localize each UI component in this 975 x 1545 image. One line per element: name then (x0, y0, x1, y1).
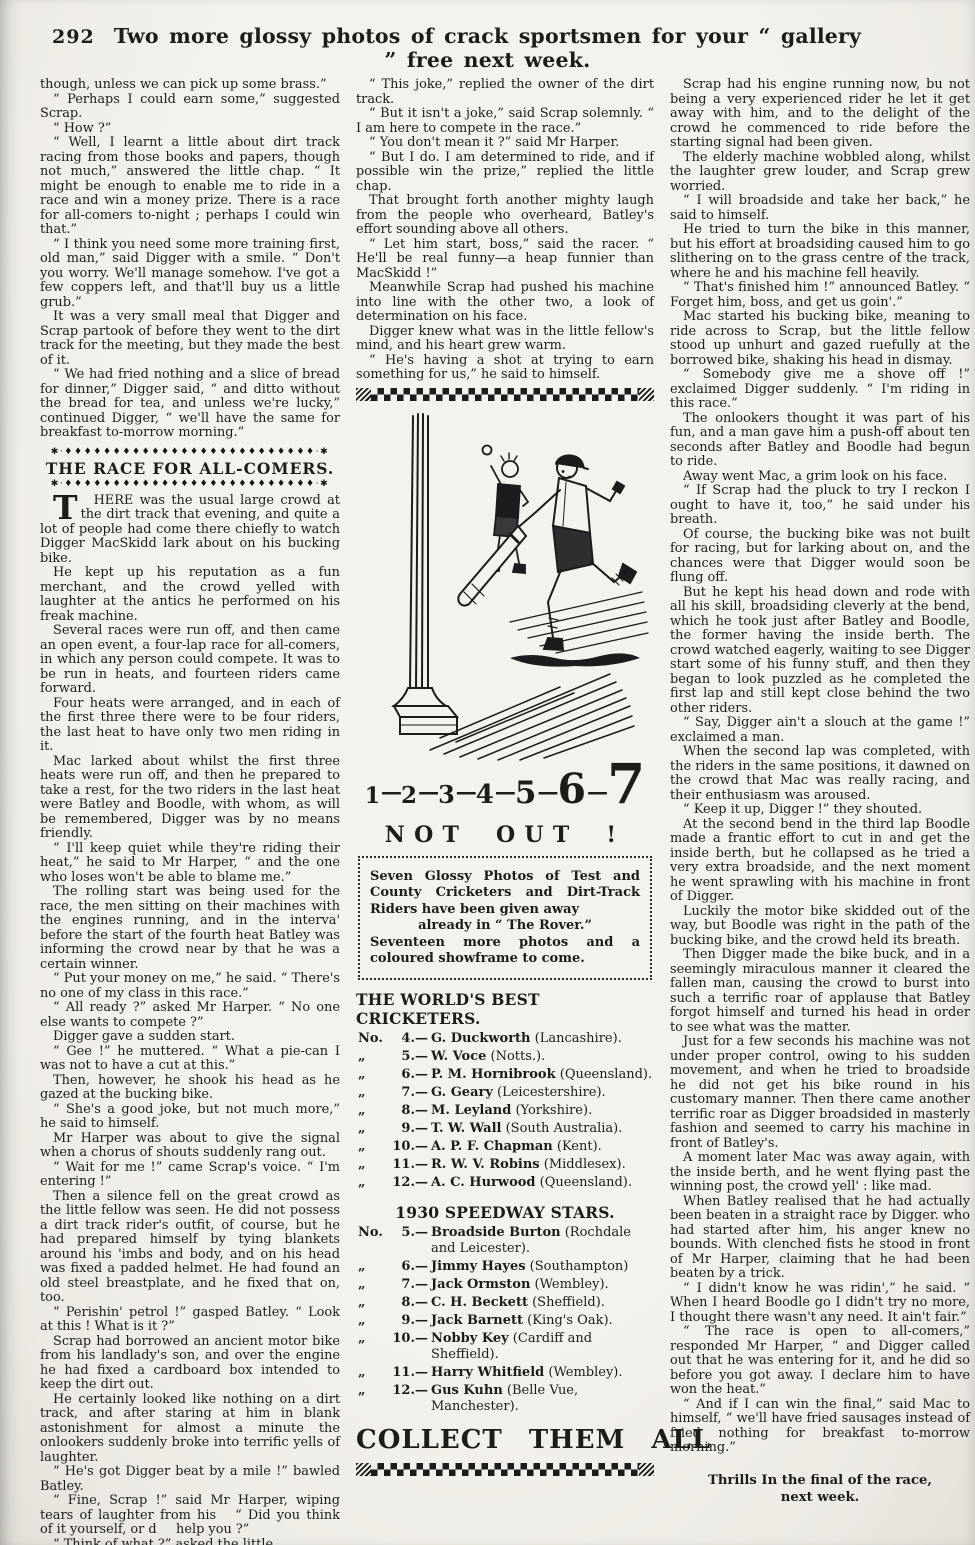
speedway-row: „ 9.— Jack Barnett (King's Oak). (356, 1313, 654, 1329)
photo-number: 5.— (386, 1225, 428, 1257)
paragraph: When the second lap was completed, with … (670, 745, 970, 803)
score-number: 4 (476, 780, 515, 810)
player-team: (Kent). (557, 1139, 602, 1154)
ditto-mark: No. (356, 1031, 383, 1047)
ditto-mark: „ (356, 1139, 383, 1155)
paragraph: “ But I do. I am determined to ride, and… (356, 151, 654, 195)
rider-name: Gus Kuhn (431, 1383, 503, 1398)
story-text-block: “ This joke,” replied the owner of the d… (356, 78, 654, 383)
paragraph: “ But it isn't a joke,” said Scrap solem… (356, 107, 654, 136)
rider-name: Jimmy Hayes (431, 1259, 526, 1274)
paragraph: The onlookers thought it was part of his… (670, 412, 970, 470)
player: R. W. V. Robins (Middlesex). (431, 1157, 654, 1173)
ditto-mark: „ (356, 1313, 383, 1329)
paragraph: He tried to turn the bike in this manner… (670, 223, 970, 281)
photo-number: 8.— (386, 1295, 428, 1311)
paragraph: Mr Harper was about to give the signal w… (40, 1132, 340, 1161)
player-name: G. Geary (431, 1085, 493, 1100)
photo-number: 4.— (386, 1031, 428, 1047)
rider-name: Broadside Burton (431, 1225, 561, 1240)
lamppost (394, 414, 457, 734)
paragraph: The rolling start was being used for the… (40, 885, 340, 972)
paragraph: “ Keep it up, Digger !” they shouted. (670, 803, 970, 818)
columns: though, unless we can pick up some brass… (0, 74, 975, 1538)
photo-number: 6.— (386, 1259, 428, 1275)
rider: Nobby Key (Cardiff and Sheffield). (431, 1331, 654, 1363)
photo-number: 10.— (386, 1139, 428, 1155)
player-team: (Notts.). (491, 1049, 546, 1064)
speedway-list-title: 1930 SPEEDWAY STARS. (356, 1203, 654, 1222)
rider-track: (King's Oak). (527, 1313, 613, 1328)
speed-lines-lower (430, 674, 634, 760)
magazine-page: 292 Two more glossy photos of crack spor… (0, 0, 975, 1545)
column-left: though, unless we can pick up some brass… (40, 78, 340, 1538)
paragraph: “ Fine, Scrap !” said Mr Harper, wiping … (40, 1494, 340, 1538)
rider-name: Harry Whitfield (431, 1365, 544, 1380)
photo-number: 5.— (386, 1049, 428, 1065)
photo-number: 11.— (386, 1157, 428, 1173)
paragraph: But he kept his head down and rode with … (670, 586, 970, 717)
star-border-bottom: ✱·♦♦♦♦♦♦♦♦♦♦♦♦♦♦♦♦♦♦♦♦♦♦♦♦♦♦·✱ (40, 479, 340, 490)
player: W. Voce (Notts.). (431, 1049, 654, 1065)
paragraph: Four heats were arranged, and in each of… (40, 697, 340, 755)
rider-name: Jack Barnett (431, 1313, 523, 1328)
paragraph: “ Say, Digger ain't a slouch at the game… (670, 716, 970, 745)
paragraph-text: HERE was the usual large crowd at the di… (40, 493, 340, 566)
rider: Broadside Burton (Rochdale and Leicester… (431, 1225, 654, 1257)
player-team: (Yorkshire). (515, 1103, 592, 1118)
player-name: A. C. Hurwood (431, 1175, 536, 1190)
paragraph: Just for a few seconds his machine was n… (670, 1035, 970, 1151)
ditto-mark: „ (356, 1157, 383, 1173)
paragraph: “ All ready ?” asked Mr Harper. “ No one… (40, 1001, 340, 1030)
photo-number: 12.— (386, 1175, 428, 1191)
player: G. Duckworth (Lancashire). (431, 1031, 654, 1047)
speedway-row: „ 12.— Gus Kuhn (Belle Vue, Manchester). (356, 1383, 654, 1415)
cricketer-row: „ 11.— R. W. V. Robins (Middlesex). (356, 1157, 654, 1173)
photo-number: 9.— (386, 1313, 428, 1329)
not-out-caption: NOT OUT ! (356, 822, 654, 848)
rider-name: Nobby Key (431, 1331, 509, 1346)
ditto-mark: „ (356, 1259, 383, 1275)
paragraph: He certainly looked like nothing on a di… (40, 1393, 340, 1466)
checker-end-cap (639, 388, 654, 401)
player: G. Geary (Leicestershire). (431, 1085, 654, 1101)
cricketer-row: No. 4.— G. Duckworth (Lancashire). (356, 1031, 654, 1047)
paragraph: Scrap had his engine running now, bu not… (670, 78, 970, 151)
paragraph: “ Well, I learnt a little about dirt tra… (40, 136, 340, 238)
speedway-row: „ 6.— Jimmy Hayes (Southampton) (356, 1259, 654, 1275)
section-title: THE RACE FOR ALL-COMERS. (40, 459, 340, 478)
drop-cap: T (40, 494, 81, 521)
player-name: P. M. Hornibrook (431, 1067, 556, 1082)
drop-cap-paragraph: THERE was the usual large crowd at the d… (40, 494, 340, 567)
checker-end-cap (639, 1463, 654, 1476)
promo-box: Seven Glossy Photos of Test and County C… (358, 856, 652, 980)
checker-end-cap (356, 388, 371, 401)
rider-name: C. H. Beckett (431, 1295, 528, 1310)
player-team: (Middlesex). (544, 1157, 626, 1172)
photo-number: 8.— (386, 1103, 428, 1119)
story-text-block: Scrap had his engine running now, bu not… (670, 78, 970, 1456)
headline: Two more glossy photos of crack sportsme… (0, 24, 975, 72)
player-team: (Queensland). (540, 1175, 632, 1190)
cricketer-row: „ 6.— P. M. Hornibrook (Queensland). (356, 1067, 654, 1083)
player: A. P. F. Chapman (Kent). (431, 1139, 654, 1155)
column-middle: “ This joke,” replied the owner of the d… (356, 78, 654, 1538)
ditto-mark: No. (356, 1225, 383, 1257)
score-number: 2 (401, 782, 438, 809)
page-header: 292 Two more glossy photos of crack spor… (0, 0, 975, 74)
ditto-mark: „ (356, 1067, 383, 1083)
checker-border (356, 388, 654, 401)
photo-number: 11.— (386, 1365, 428, 1381)
paragraph: Meanwhile Scrap had pushed his machine i… (356, 281, 654, 325)
next-week-note: Thrills In the final of the race, next w… (670, 1472, 970, 1506)
score-number: 7 (607, 764, 645, 816)
player-team: (Lancashire). (535, 1031, 622, 1046)
checker-strip (371, 388, 639, 401)
ditto-mark: „ (356, 1085, 383, 1101)
paragraph: Away went Mac, a grim look on his face. (670, 470, 970, 485)
score-number: 1 (365, 783, 401, 809)
rider-track: (Wembley). (548, 1365, 622, 1380)
paragraph: Then a silence fell on the great crowd a… (40, 1190, 340, 1306)
shadow (510, 653, 640, 666)
promo-text: Seven Glossy Photos of Test and County C… (370, 869, 640, 919)
cricketer-row: „ 7.— G. Geary (Leicestershire). (356, 1085, 654, 1101)
paragraph: “ This joke,” replied the owner of the d… (356, 78, 654, 107)
paragraph: “ Somebody give me a shove off !” exclai… (670, 368, 970, 412)
photo-number: 9.— (386, 1121, 428, 1137)
paragraph: A moment later Mac was away again, with … (670, 1151, 970, 1195)
paragraph: At the second bend in the third lap Bood… (670, 818, 970, 905)
photo-number: 7.— (386, 1277, 428, 1293)
player: T. W. Wall (South Australia). (431, 1121, 654, 1137)
paragraph: “ That's finished him !” announced Batle… (670, 281, 970, 310)
score-count: 1234567 (356, 764, 654, 816)
cricketer-row: „ 5.— W. Voce (Notts.). (356, 1049, 654, 1065)
paragraph: That brought forth another mighty laugh … (356, 194, 654, 238)
rider: C. H. Beckett (Sheffield). (431, 1295, 654, 1311)
speedway-list: No. 5.— Broadside Burton (Rochdale and L… (356, 1225, 654, 1415)
paragraph: “ He's got Digger beat by a mile !” bawl… (40, 1465, 340, 1494)
paragraph: “ Put your money on me,” he said. “ Ther… (40, 972, 340, 1001)
player-team: (South Australia). (506, 1121, 623, 1136)
cricketers-list-title: THE WORLD'S BEST CRICKETERS. (356, 990, 654, 1028)
player: A. C. Hurwood (Queensland). (431, 1175, 654, 1191)
speedway-row: „ 8.— C. H. Beckett (Sheffield). (356, 1295, 654, 1311)
rider: Jack Ormston (Wembley). (431, 1277, 654, 1293)
paragraph: Luckily the motor bike skidded out of th… (670, 905, 970, 949)
page-number: 292 (52, 26, 95, 48)
speedway-row: „ 7.— Jack Ormston (Wembley). (356, 1277, 654, 1293)
photo-number: 7.— (386, 1085, 428, 1101)
ditto-mark: „ (356, 1331, 383, 1363)
speedway-row: „ 11.— Harry Whitfield (Wembley). (356, 1365, 654, 1381)
paragraph: “ Let him start, boss,” said the racer. … (356, 238, 654, 282)
ditto-mark: „ (356, 1383, 383, 1415)
rider: Harry Whitfield (Wembley). (431, 1365, 654, 1381)
paragraph: He kept up his reputation as a fun merch… (40, 566, 340, 624)
paragraph: “ We had fried nothing and a slice of br… (40, 368, 340, 441)
running-batsman (458, 455, 636, 650)
paragraph: “ Wait for me !” came Scrap's voice. “ I… (40, 1161, 340, 1190)
paragraph: Then, however, he shook his head as he g… (40, 1074, 340, 1103)
speedway-row: No. 5.— Broadside Burton (Rochdale and L… (356, 1225, 654, 1257)
paragraph: “ Perishin' petrol !” gasped Batley. “ L… (40, 1306, 340, 1335)
paragraph: “ I will broadside and take her back,” h… (670, 194, 970, 223)
player-name: R. W. V. Robins (431, 1157, 540, 1172)
rider: Gus Kuhn (Belle Vue, Manchester). (431, 1383, 654, 1415)
rider-track: (Sheffield). (532, 1295, 605, 1310)
rider: Jimmy Hayes (Southampton) (431, 1259, 654, 1275)
promo-text: Seventeen more photos and a coloured sho… (370, 935, 640, 968)
rider: Jack Barnett (King's Oak). (431, 1313, 654, 1329)
paragraph: “ Perhaps I could earn some,” suggested … (40, 93, 340, 122)
rider-track: (Southampton) (530, 1259, 629, 1274)
paragraph: “ If Scrap had the pluck to try I reckon… (670, 484, 970, 528)
player: M. Leyland (Yorkshire). (431, 1103, 654, 1119)
player-name: T. W. Wall (431, 1121, 501, 1136)
cricketer-row: „ 12.— A. C. Hurwood (Queensland). (356, 1175, 654, 1191)
player: P. M. Hornibrook (Queensland). (431, 1067, 654, 1083)
score-number: 3 (438, 780, 476, 809)
paragraph: “ You don't mean it ?” said Mr Harper. (356, 136, 654, 151)
paragraph: It was a very small meal that Digger and… (40, 310, 340, 368)
checker-strip (371, 1463, 639, 1476)
player-name: A. P. F. Chapman (431, 1139, 553, 1154)
paragraph: “ Think of what ?” asked the little (40, 1538, 340, 1545)
paragraph: “ The race is open to all-comers,” respo… (670, 1325, 970, 1398)
ditto-mark: „ (356, 1365, 383, 1381)
player-team: (Leicestershire). (497, 1085, 606, 1100)
ditto-mark: „ (356, 1103, 383, 1119)
player-name: G. Duckworth (431, 1031, 531, 1046)
ditto-mark: „ (356, 1049, 383, 1065)
paragraph: The elderly machine wobbled along, whils… (670, 151, 970, 195)
paragraph: “ I think you need some more training fi… (40, 238, 340, 311)
paragraph: “ I'll keep quiet while they're riding t… (40, 842, 340, 886)
paragraph: “ And if I can win the final,” said Mac … (670, 1398, 970, 1456)
paragraph: Mac larked about whilst the first three … (40, 755, 340, 842)
star-border-top: ✱·♦♦♦♦♦♦♦♦♦♦♦♦♦♦♦♦♦♦♦♦♦♦♦♦♦♦·✱ (40, 447, 340, 458)
cricketer-row: „ 10.— A. P. F. Chapman (Kent). (356, 1139, 654, 1155)
ditto-mark: „ (356, 1295, 383, 1311)
cricketer-row: „ 8.— M. Leyland (Yorkshire). (356, 1103, 654, 1119)
cricketers-list: No. 4.— G. Duckworth (Lancashire). „ 5.—… (356, 1031, 654, 1191)
promo-text: already in “ The Rover.” (370, 918, 640, 935)
cricketer-row: „ 9.— T. W. Wall (South Australia). (356, 1121, 654, 1137)
photo-number: 10.— (386, 1331, 428, 1363)
rider-track: (Wembley). (535, 1277, 609, 1292)
paragraph: “ She's a good joke, but not much more,”… (40, 1103, 340, 1132)
ditto-mark: „ (356, 1277, 383, 1293)
ditto-mark: „ (356, 1175, 383, 1191)
paragraph: “ Gee !” he muttered. “ What a pie-can I… (40, 1045, 340, 1074)
paragraph: “ I didn't know he was ridin',” he said.… (670, 1282, 970, 1326)
paragraph: Several races were run off, and then cam… (40, 624, 340, 697)
paragraph: Scrap had borrowed an ancient motor bike… (40, 1335, 340, 1393)
ditto-mark: „ (356, 1121, 383, 1137)
player-team: (Queensland). (560, 1067, 652, 1082)
street-cricket-illustration (356, 406, 654, 762)
photo-number: 6.— (386, 1067, 428, 1083)
section-divider: ✱·♦♦♦♦♦♦♦♦♦♦♦♦♦♦♦♦♦♦♦♦♦♦♦♦♦♦·✱ THE RACE … (40, 447, 340, 490)
player-name: W. Voce (431, 1049, 486, 1064)
paragraph: When Batley realised that he had actuall… (670, 1195, 970, 1282)
story-text-block: He kept up his reputation as a fun merch… (40, 566, 340, 1545)
photo-number: 12.— (386, 1383, 428, 1415)
speed-lines-upper (510, 592, 648, 653)
paragraph: though, unless we can pick up some brass… (40, 78, 340, 93)
paragraph: Mac started his bucking bike, meaning to… (670, 310, 970, 368)
rider-name: Jack Ormston (431, 1277, 530, 1292)
column-right: Scrap had his engine running now, bu not… (670, 78, 970, 1538)
paragraph: Digger gave a sudden start. (40, 1030, 340, 1045)
paragraph: “ How ?” (40, 122, 340, 137)
score-number: 5 (515, 775, 558, 811)
paragraph: “ He's having a shot at trying to earn s… (356, 354, 654, 383)
collect-them-all: COLLECT THEM ALL (356, 1425, 654, 1455)
player-name: M. Leyland (431, 1103, 511, 1118)
paragraph: Then Digger made the bike buck, and in a… (670, 948, 970, 1035)
score-number: 6 (557, 765, 607, 813)
paragraph: Of course, the bucking bike was not buil… (670, 528, 970, 586)
story-text-block: though, unless we can pick up some brass… (40, 78, 340, 441)
checker-end-cap (356, 1463, 371, 1476)
paragraph: Digger knew what was in the little fello… (356, 325, 654, 354)
speedway-row: „ 10.— Nobby Key (Cardiff and Sheffield)… (356, 1331, 654, 1363)
checker-border (356, 1463, 654, 1476)
